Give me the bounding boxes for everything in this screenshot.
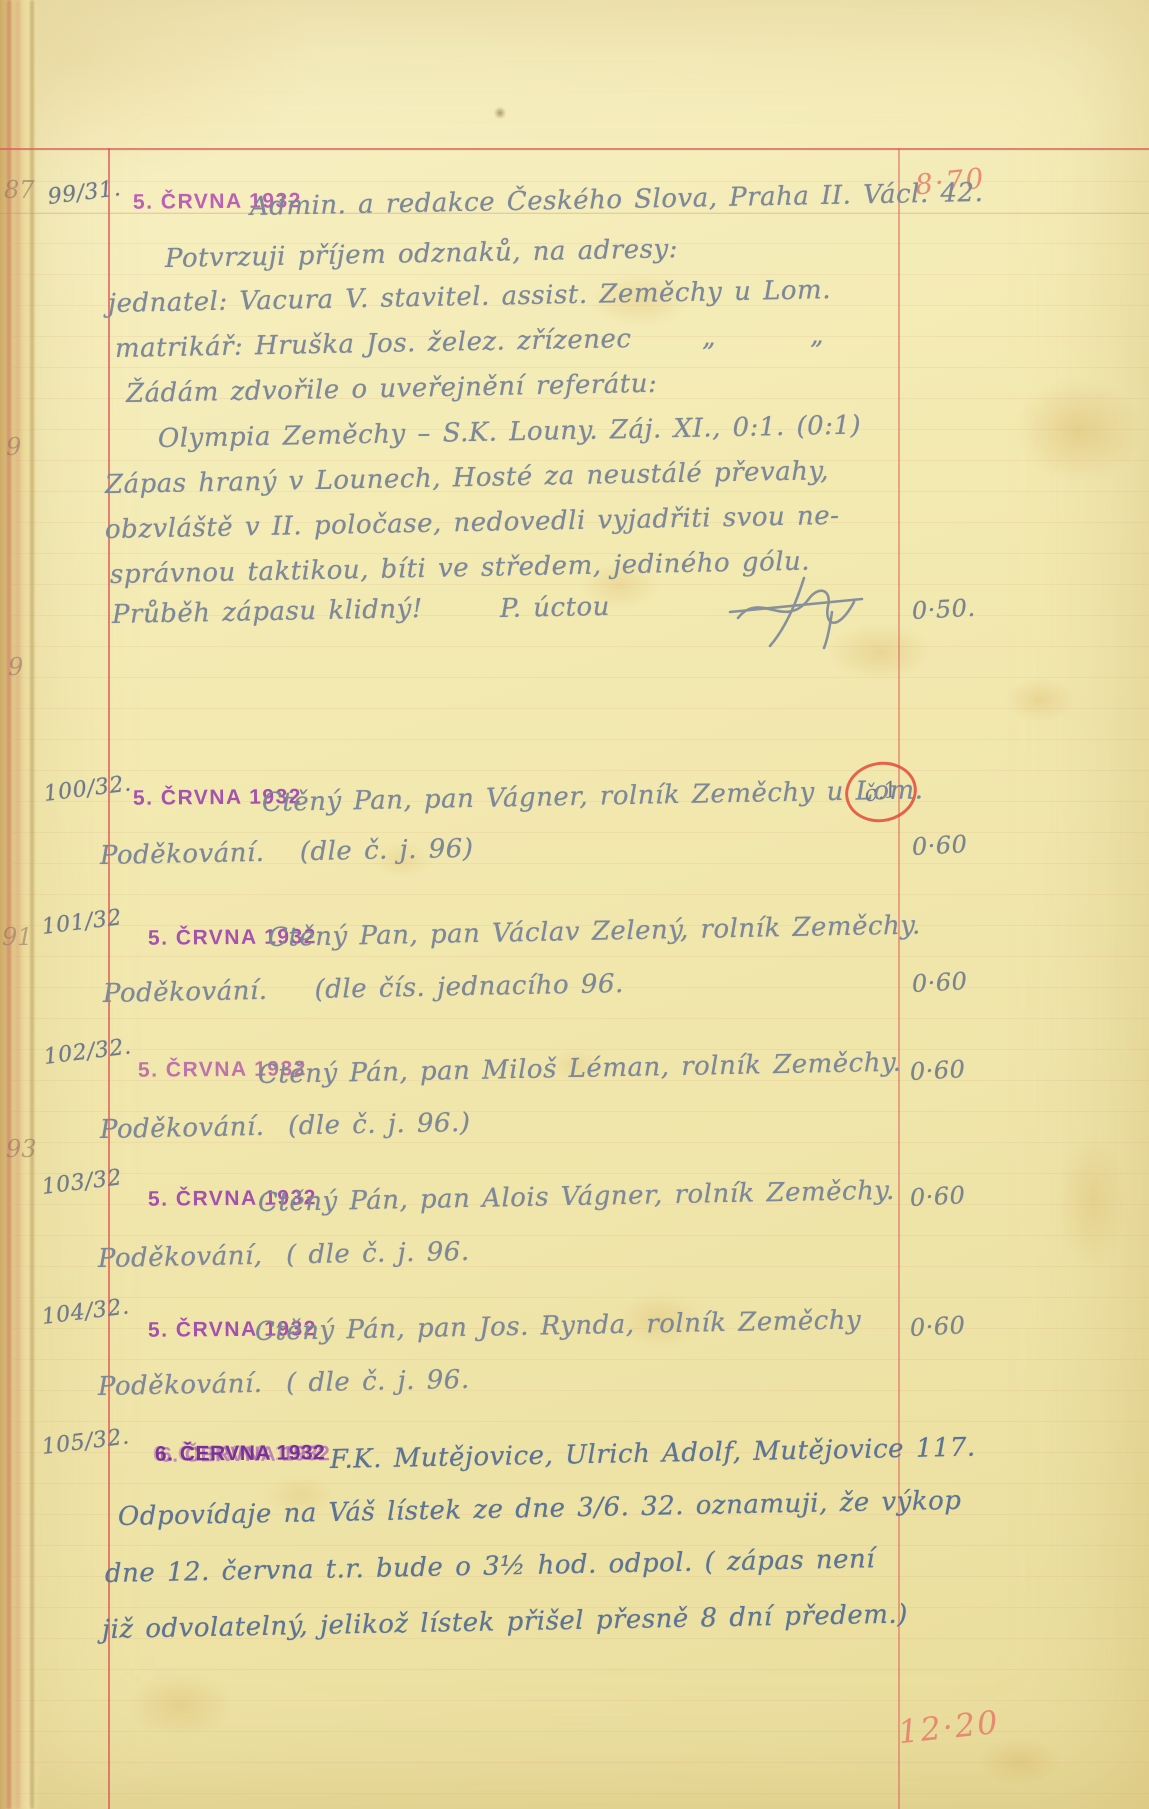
ledger-page-scan: 8·70 12·20 87 9 9 91 93 99/31. 5. ČRVNA … [0, 0, 1149, 1809]
binding-crease [30, 0, 34, 1809]
margin-mark: 93 [6, 1135, 37, 1163]
entry-number: 105/32. [40, 1424, 130, 1460]
entry-line: Poděkování. ( dle č. j. 96. [98, 1365, 470, 1402]
entry-line: Ctěný Pán, pan Miloš Léman, rolník Zeměc… [258, 1048, 902, 1090]
entry-line: Olympia Zeměchy – S.K. Louny. Záj. XI., … [158, 411, 862, 454]
entry-line: Zápas hraný v Lounech, Hosté za neustálé… [105, 456, 829, 500]
binding-crease [16, 0, 20, 1809]
binding-edge [0, 0, 40, 1809]
entry-line: obzvláště v II. poločase, nedovedli vyja… [105, 501, 840, 545]
fee-column-line [898, 148, 900, 1809]
binding-crease [7, 0, 11, 1809]
entry-line: Poděkování. (dle čís. jednacího 96. [103, 969, 624, 1009]
entry-line: Ctěný Pan, pan Vágner, rolník Zeměchy u … [262, 775, 924, 818]
entry-number: 99/31. [46, 176, 122, 210]
entry-number: 100/32. [42, 771, 132, 807]
entry-line: F.K. Mutějovice, Ulrich Adolf, Mutějovic… [330, 1433, 976, 1475]
entry-line: dne 12. června t.r. bude o 3½ hod. odpol… [105, 1544, 876, 1589]
entry-line: Poděkování. (dle č. j. 96) [100, 834, 474, 871]
fee-amount: 0·60 [911, 967, 968, 998]
entry-line: Odpovídaje na Váš lístek ze dne 3/6. 32.… [118, 1486, 962, 1532]
entry-line: Poděkování, ( dle č. j. 96. [98, 1237, 470, 1274]
entry-line: Ctěný Pán, pan Jos. Rynda, rolník Zeměch… [255, 1305, 862, 1347]
entry-line: Potvrzuji příjem odznaků, na adresy: [165, 234, 679, 274]
signature-scribble-icon [728, 572, 868, 650]
footer-total: 12·20 [896, 1703, 1001, 1751]
fee-amount: 0·50. [911, 594, 976, 625]
entry-line: Průběh zápasu klidný! [112, 594, 423, 630]
entry-line: již odvolatelný, jelikož lístek přišel p… [102, 1600, 908, 1645]
entry-line: Admin. a redakce Českého Slova, Praha II… [250, 178, 984, 222]
margin-mark: 91 [2, 923, 33, 951]
entry-line: jednatel: Vacura V. stavitel. assist. Ze… [108, 275, 832, 319]
entry-number: 104/32. [40, 1294, 130, 1330]
entry-line: Žádám zdvořile o uveřejnění referátu: [126, 369, 658, 409]
top-rule-line [0, 148, 1149, 150]
margin-mark: 87 [4, 176, 35, 204]
entry-line: Ctěný Pán, pan Alois Vágner, rolník Země… [258, 1176, 895, 1218]
date-stamp-double-struck: 6. ČERVNA 1932 [155, 1441, 326, 1466]
fee-amount: 0·60 [909, 1055, 966, 1086]
entry-line: matrikář: Hruška Jos. želez. zřízenec „ … [115, 320, 825, 364]
red-circle-annotation: č.1 [840, 756, 921, 828]
fee-amount: 0·60 [911, 830, 968, 861]
entry-line: Poděkování. (dle č. j. 96.) [100, 1108, 471, 1145]
margin-mark: 9 [6, 433, 21, 461]
fee-amount: 0·60 [909, 1181, 966, 1212]
entry-line: správnou taktikou, bíti ve středem, jedi… [110, 547, 811, 590]
fee-amount: 0·60 [909, 1311, 966, 1342]
entry-number: 101/32 [40, 905, 123, 940]
case-number-text: č.1 [862, 777, 899, 807]
entry-line: Ctěný Pan, pan Václav Zelený, rolník Zem… [268, 910, 921, 953]
closing-salutation: P. úctou [500, 592, 610, 624]
entry-number: 103/32 [40, 1165, 123, 1200]
entry-number: 102/32. [42, 1034, 132, 1070]
margin-mark: 9 [8, 653, 23, 681]
